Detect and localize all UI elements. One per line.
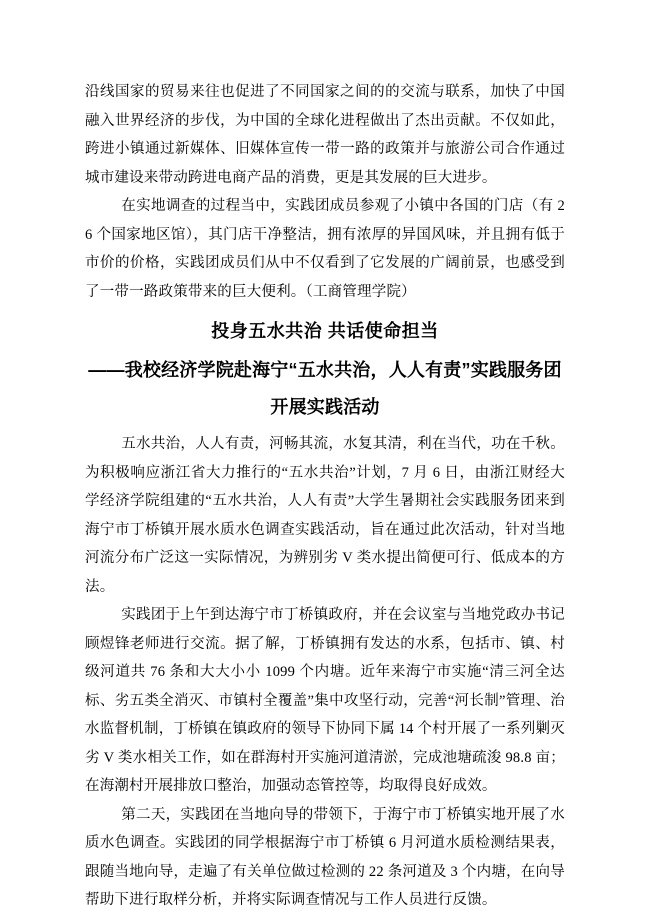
article-title: 投身五水共治 共话使命担当: [85, 312, 565, 350]
paragraph-five-water-intro: 五水共治，人人有责，河畅其流，水复其清，利在当代，功在千秋。为积极响应浙江省大力…: [85, 430, 565, 601]
article-subtitle: ——我校经济学院赴海宁“五水共治，人人有责”实践服务团开展实践活动: [85, 352, 565, 426]
paragraph-dingqiao-visit: 实践团于上午到达海宁市丁桥镇政府，并在会议室与当地党政办书记顾煜锋老师进行交流。…: [85, 601, 565, 801]
document-page: 沿线国家的贸易来往也促进了不同国家之间的的交流与联系，加快了中国融入世界经济的步…: [0, 0, 650, 919]
paragraph-belt-road-trade: 沿线国家的贸易来往也促进了不同国家之间的的交流与联系，加快了中国融入世界经济的步…: [85, 78, 565, 192]
paragraph-second-day-survey: 第二天，实践团在当地向导的带领下，于海宁市丁桥镇实地开展了水质水色调查。实践团的…: [85, 801, 565, 915]
paragraph-field-survey: 在实地调查的过程当中，实践团成员参观了小镇中各国的门店（有 26 个国家地区馆）…: [85, 192, 565, 306]
